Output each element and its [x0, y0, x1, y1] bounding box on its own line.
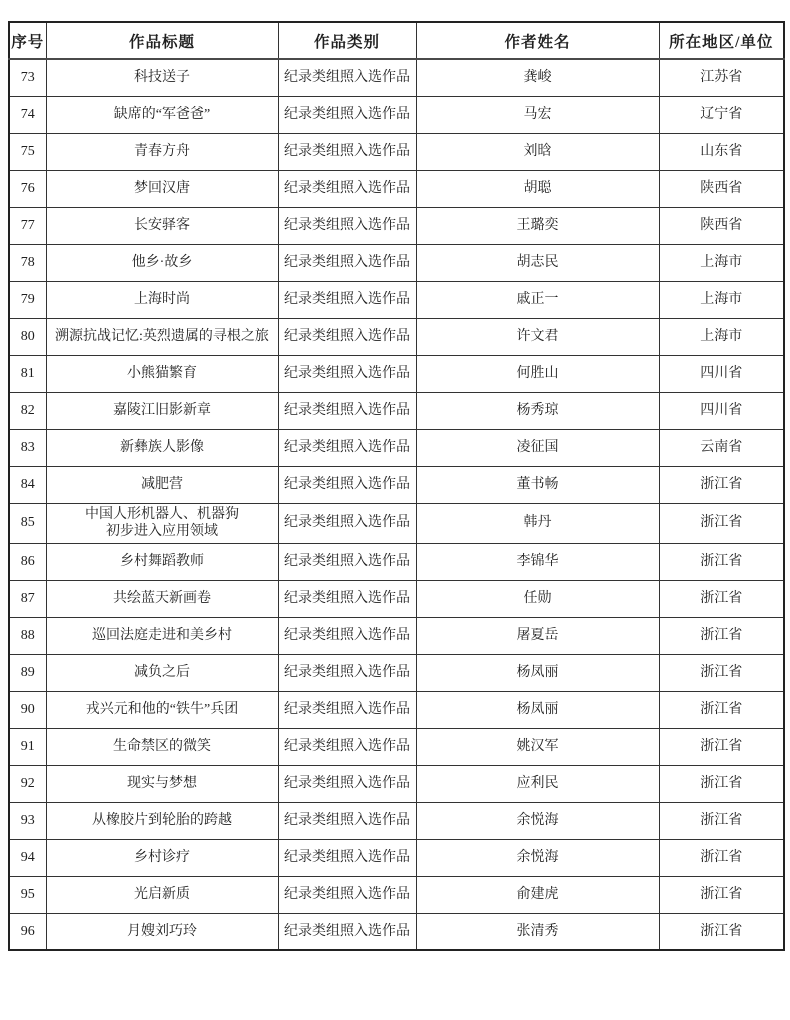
- cell-no: 89: [9, 654, 46, 691]
- column-header-author: 作者姓名: [416, 22, 659, 59]
- cell-category: 纪录类组照入选作品: [278, 59, 416, 96]
- cell-author: 韩丹: [416, 503, 659, 543]
- cell-title: 共绘蓝天新画卷: [46, 580, 278, 617]
- table-row: 87 共绘蓝天新画卷 纪录类组照入选作品 任勋 浙江省: [9, 580, 784, 617]
- table-row: 79 上海时尚 纪录类组照入选作品 戚正一 上海市: [9, 281, 784, 318]
- cell-region: 浙江省: [659, 839, 784, 876]
- cell-region: 上海市: [659, 318, 784, 355]
- table-row: 76 梦回汉唐 纪录类组照入选作品 胡聪 陕西省: [9, 170, 784, 207]
- cell-title: 从橡胶片到轮胎的跨越: [46, 802, 278, 839]
- cell-author: 李锦华: [416, 543, 659, 580]
- cell-author: 凌征国: [416, 429, 659, 466]
- cell-author: 胡志民: [416, 244, 659, 281]
- cell-region: 浙江省: [659, 503, 784, 543]
- cell-title: 科技送子: [46, 59, 278, 96]
- table-row: 91 生命禁区的微笑 纪录类组照入选作品 姚汉军 浙江省: [9, 728, 784, 765]
- cell-title: 嘉陵江旧影新章: [46, 392, 278, 429]
- table-body: 73 科技送子 纪录类组照入选作品 龚峻 江苏省 74 缺席的“军爸爸” 纪录类…: [9, 59, 784, 950]
- table-row: 94 乡村诊疗 纪录类组照入选作品 余悦海 浙江省: [9, 839, 784, 876]
- cell-author: 余悦海: [416, 839, 659, 876]
- cell-author: 余悦海: [416, 802, 659, 839]
- table-row: 85 中国人形机器人、机器狗 初步进入应用领域 纪录类组照入选作品 韩丹 浙江省: [9, 503, 784, 543]
- cell-no: 77: [9, 207, 46, 244]
- column-header-region: 所在地区/单位: [659, 22, 784, 59]
- cell-no: 74: [9, 96, 46, 133]
- cell-author: 杨凤丽: [416, 654, 659, 691]
- cell-category: 纪录类组照入选作品: [278, 355, 416, 392]
- table-row: 81 小熊猫繁育 纪录类组照入选作品 何胜山 四川省: [9, 355, 784, 392]
- cell-no: 91: [9, 728, 46, 765]
- cell-no: 73: [9, 59, 46, 96]
- cell-category: 纪录类组照入选作品: [278, 876, 416, 913]
- cell-region: 浙江省: [659, 913, 784, 950]
- table-row: 96 月嫂刘巧玲 纪录类组照入选作品 张清秀 浙江省: [9, 913, 784, 950]
- cell-title: 减肥营: [46, 466, 278, 503]
- cell-region: 浙江省: [659, 617, 784, 654]
- cell-category: 纪录类组照入选作品: [278, 617, 416, 654]
- cell-category: 纪录类组照入选作品: [278, 691, 416, 728]
- cell-no: 82: [9, 392, 46, 429]
- cell-category: 纪录类组照入选作品: [278, 392, 416, 429]
- cell-no: 84: [9, 466, 46, 503]
- table-row: 93 从橡胶片到轮胎的跨越 纪录类组照入选作品 余悦海 浙江省: [9, 802, 784, 839]
- table-row: 84 减肥营 纪录类组照入选作品 董书畅 浙江省: [9, 466, 784, 503]
- cell-no: 79: [9, 281, 46, 318]
- cell-region: 陕西省: [659, 170, 784, 207]
- cell-no: 87: [9, 580, 46, 617]
- cell-author: 许文君: [416, 318, 659, 355]
- cell-author: 杨秀琼: [416, 392, 659, 429]
- column-header-title: 作品标题: [46, 22, 278, 59]
- table-row: 80 溯源抗战记忆:英烈遗属的寻根之旅 纪录类组照入选作品 许文君 上海市: [9, 318, 784, 355]
- cell-region: 浙江省: [659, 654, 784, 691]
- cell-no: 83: [9, 429, 46, 466]
- cell-region: 上海市: [659, 281, 784, 318]
- cell-no: 76: [9, 170, 46, 207]
- cell-author: 王璐奕: [416, 207, 659, 244]
- cell-region: 浙江省: [659, 876, 784, 913]
- cell-author: 姚汉军: [416, 728, 659, 765]
- table-row: 86 乡村舞蹈教师 纪录类组照入选作品 李锦华 浙江省: [9, 543, 784, 580]
- cell-region: 山东省: [659, 133, 784, 170]
- cell-title: 乡村诊疗: [46, 839, 278, 876]
- cell-region: 江苏省: [659, 59, 784, 96]
- cell-title: 巡回法庭走进和美乡村: [46, 617, 278, 654]
- cell-category: 纪录类组照入选作品: [278, 913, 416, 950]
- cell-category: 纪录类组照入选作品: [278, 765, 416, 802]
- cell-region: 辽宁省: [659, 96, 784, 133]
- cell-title: 他乡·故乡: [46, 244, 278, 281]
- table-row: 74 缺席的“军爸爸” 纪录类组照入选作品 马宏 辽宁省: [9, 96, 784, 133]
- table-row: 82 嘉陵江旧影新章 纪录类组照入选作品 杨秀琼 四川省: [9, 392, 784, 429]
- cell-author: 何胜山: [416, 355, 659, 392]
- cell-no: 86: [9, 543, 46, 580]
- cell-category: 纪录类组照入选作品: [278, 96, 416, 133]
- cell-region: 云南省: [659, 429, 784, 466]
- cell-category: 纪录类组照入选作品: [278, 839, 416, 876]
- cell-author: 任勋: [416, 580, 659, 617]
- cell-no: 78: [9, 244, 46, 281]
- cell-region: 浙江省: [659, 580, 784, 617]
- cell-region: 陕西省: [659, 207, 784, 244]
- cell-author: 胡聪: [416, 170, 659, 207]
- cell-no: 90: [9, 691, 46, 728]
- cell-region: 四川省: [659, 392, 784, 429]
- table-row: 92 现实与梦想 纪录类组照入选作品 应利民 浙江省: [9, 765, 784, 802]
- cell-author: 马宏: [416, 96, 659, 133]
- cell-title: 上海时尚: [46, 281, 278, 318]
- table-row: 73 科技送子 纪录类组照入选作品 龚峻 江苏省: [9, 59, 784, 96]
- cell-category: 纪录类组照入选作品: [278, 802, 416, 839]
- cell-no: 96: [9, 913, 46, 950]
- cell-no: 81: [9, 355, 46, 392]
- cell-title: 小熊猫繁育: [46, 355, 278, 392]
- cell-no: 93: [9, 802, 46, 839]
- cell-title: 减负之后: [46, 654, 278, 691]
- cell-category: 纪录类组照入选作品: [278, 170, 416, 207]
- cell-author: 应利民: [416, 765, 659, 802]
- cell-title: 月嫂刘巧玲: [46, 913, 278, 950]
- cell-region: 浙江省: [659, 691, 784, 728]
- column-header-no: 序号: [9, 22, 46, 59]
- cell-category: 纪录类组照入选作品: [278, 318, 416, 355]
- cell-author: 屠夏岳: [416, 617, 659, 654]
- cell-no: 75: [9, 133, 46, 170]
- cell-category: 纪录类组照入选作品: [278, 244, 416, 281]
- cell-title: 梦回汉唐: [46, 170, 278, 207]
- cell-region: 浙江省: [659, 765, 784, 802]
- cell-title: 中国人形机器人、机器狗 初步进入应用领域: [46, 503, 278, 543]
- cell-author: 戚正一: [416, 281, 659, 318]
- cell-title: 戎兴元和他的“铁牛”兵团: [46, 691, 278, 728]
- cell-author: 龚峻: [416, 59, 659, 96]
- document-page: 序号 作品标题 作品类别 作者姓名 所在地区/单位 73 科技送子 纪录类组照入…: [0, 0, 790, 1020]
- cell-region: 浙江省: [659, 543, 784, 580]
- table-row: 77 长安驿客 纪录类组照入选作品 王璐奕 陕西省: [9, 207, 784, 244]
- cell-category: 纪录类组照入选作品: [278, 429, 416, 466]
- cell-region: 四川省: [659, 355, 784, 392]
- cell-region: 浙江省: [659, 728, 784, 765]
- cell-no: 95: [9, 876, 46, 913]
- cell-region: 浙江省: [659, 802, 784, 839]
- table-header-row: 序号 作品标题 作品类别 作者姓名 所在地区/单位: [9, 22, 784, 59]
- cell-category: 纪录类组照入选作品: [278, 281, 416, 318]
- cell-no: 80: [9, 318, 46, 355]
- cell-category: 纪录类组照入选作品: [278, 133, 416, 170]
- cell-no: 94: [9, 839, 46, 876]
- cell-title: 生命禁区的微笑: [46, 728, 278, 765]
- cell-region: 上海市: [659, 244, 784, 281]
- table-row: 95 光启新质 纪录类组照入选作品 俞建虎 浙江省: [9, 876, 784, 913]
- cell-category: 纪录类组照入选作品: [278, 466, 416, 503]
- cell-author: 张清秀: [416, 913, 659, 950]
- cell-no: 92: [9, 765, 46, 802]
- cell-no: 85: [9, 503, 46, 543]
- cell-title: 溯源抗战记忆:英烈遗属的寻根之旅: [46, 318, 278, 355]
- cell-category: 纪录类组照入选作品: [278, 503, 416, 543]
- cell-author: 俞建虎: [416, 876, 659, 913]
- cell-author: 刘晗: [416, 133, 659, 170]
- cell-author: 董书畅: [416, 466, 659, 503]
- cell-category: 纪录类组照入选作品: [278, 654, 416, 691]
- cell-title: 新彝族人影像: [46, 429, 278, 466]
- table-row: 90 戎兴元和他的“铁牛”兵团 纪录类组照入选作品 杨凤丽 浙江省: [9, 691, 784, 728]
- cell-category: 纪录类组照入选作品: [278, 580, 416, 617]
- cell-author: 杨凤丽: [416, 691, 659, 728]
- cell-title: 长安驿客: [46, 207, 278, 244]
- cell-region: 浙江省: [659, 466, 784, 503]
- cell-category: 纪录类组照入选作品: [278, 543, 416, 580]
- selected-works-table: 序号 作品标题 作品类别 作者姓名 所在地区/单位 73 科技送子 纪录类组照入…: [8, 21, 785, 951]
- cell-title: 缺席的“军爸爸”: [46, 96, 278, 133]
- table-row: 75 青春方舟 纪录类组照入选作品 刘晗 山东省: [9, 133, 784, 170]
- cell-no: 88: [9, 617, 46, 654]
- cell-title: 乡村舞蹈教师: [46, 543, 278, 580]
- cell-title: 现实与梦想: [46, 765, 278, 802]
- cell-category: 纪录类组照入选作品: [278, 728, 416, 765]
- column-header-category: 作品类别: [278, 22, 416, 59]
- table-row: 78 他乡·故乡 纪录类组照入选作品 胡志民 上海市: [9, 244, 784, 281]
- table-row: 89 减负之后 纪录类组照入选作品 杨凤丽 浙江省: [9, 654, 784, 691]
- cell-title: 青春方舟: [46, 133, 278, 170]
- table-row: 83 新彝族人影像 纪录类组照入选作品 凌征国 云南省: [9, 429, 784, 466]
- cell-title: 光启新质: [46, 876, 278, 913]
- table-row: 88 巡回法庭走进和美乡村 纪录类组照入选作品 屠夏岳 浙江省: [9, 617, 784, 654]
- cell-category: 纪录类组照入选作品: [278, 207, 416, 244]
